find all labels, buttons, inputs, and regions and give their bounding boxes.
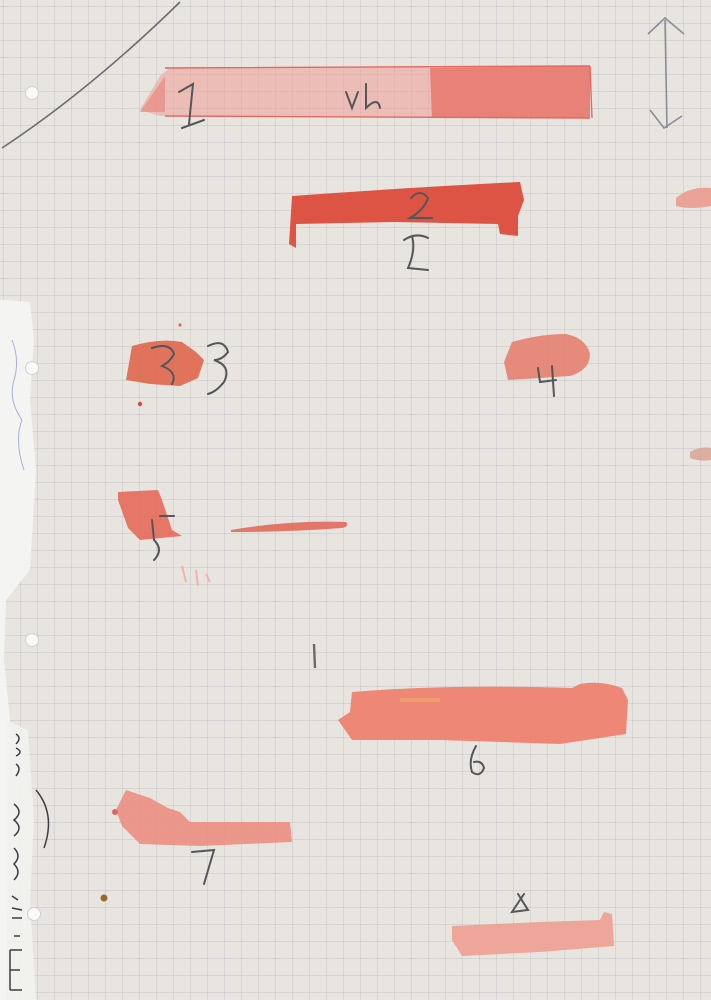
swatch-6 xyxy=(338,683,628,744)
swatch-7 xyxy=(116,790,292,846)
grid-paper-sheet: 1 vb 2 3 4 5 6 7 8 2008 Eiletsen xyxy=(0,0,711,1000)
sheet-drawing-layer xyxy=(0,0,711,1000)
diagonal-pencil-line xyxy=(2,2,180,148)
swatch-4 xyxy=(504,334,590,380)
margin-signature xyxy=(10,734,49,990)
double-arrow-icon xyxy=(648,18,684,128)
pencil-smudge xyxy=(314,644,315,668)
stain-spot xyxy=(101,895,108,902)
right-edge-smudge xyxy=(676,188,711,208)
swatch-5-stroke xyxy=(231,522,347,532)
swatch-8 xyxy=(452,912,614,956)
